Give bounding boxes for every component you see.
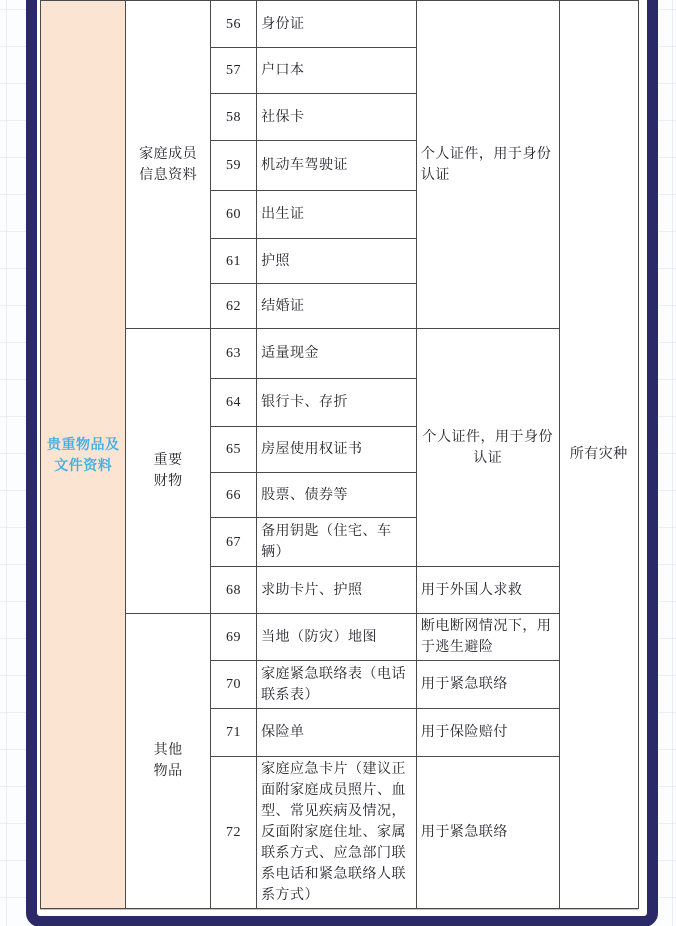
item-number: 61 [210,239,256,284]
item-number: 64 [210,379,256,427]
table-row: 重要 财物 63 适量现金 个人证件，用于身份认证 [41,329,639,379]
item-number: 66 [210,473,256,518]
item-name: 家庭紧急联络表（电话联系表） [257,661,417,709]
item-name: 护照 [257,239,417,284]
item-name: 求助卡片、护照 [257,567,417,614]
item-name: 结婚证 [257,284,417,329]
item-number: 59 [210,141,256,191]
item-name: 股票、债券等 [257,473,417,518]
item-number: 67 [210,518,256,567]
purpose-cell-valuables: 个人证件，用于身份认证 [416,329,559,567]
item-number: 58 [210,94,256,141]
emergency-supplies-table: 贵重物品及文件资料 家庭成员 信息资料 56 身份证 个人证件，用于身份认证 所… [40,0,639,909]
item-name: 家庭应急卡片（建议正面附家庭成员照片、血型、常见疾病及情况，反面附家庭住址、家属… [257,757,417,909]
item-number: 72 [210,757,256,909]
category-cell-other: 其他 物品 [126,614,210,909]
item-number: 71 [210,709,256,757]
item-name: 备用钥匙（住宅、车辆） [257,518,417,567]
item-name: 身份证 [257,1,417,48]
purpose-cell: 用于外国人求救 [416,567,559,614]
item-name: 社保卡 [257,94,417,141]
category-cell-valuables: 重要 财物 [126,329,210,614]
item-number: 65 [210,427,256,473]
item-number: 62 [210,284,256,329]
item-number: 57 [210,48,256,94]
item-name: 保险单 [257,709,417,757]
item-number: 68 [210,567,256,614]
item-name: 出生证 [257,191,417,239]
item-name: 适量现金 [257,329,417,379]
item-name: 银行卡、存折 [257,379,417,427]
item-name: 机动车驾驶证 [257,141,417,191]
category-cell-family-info: 家庭成员 信息资料 [126,1,210,329]
item-number: 60 [210,191,256,239]
item-number: 63 [210,329,256,379]
purpose-cell: 用于保险赔付 [416,709,559,757]
item-name: 当地（防灾）地图 [257,614,417,661]
purpose-cell: 断电断网情况下，用于逃生避险 [416,614,559,661]
table-row: 其他 物品 69 当地（防灾）地图 断电断网情况下，用于逃生避险 [41,614,639,661]
table-row: 贵重物品及文件资料 家庭成员 信息资料 56 身份证 个人证件，用于身份认证 所… [41,1,639,48]
disaster-scope-cell: 所有灾种 [559,1,638,909]
item-number: 69 [210,614,256,661]
purpose-cell-family-info: 个人证件，用于身份认证 [416,1,559,329]
group-label-cell: 贵重物品及文件资料 [41,1,126,909]
purpose-cell: 用于紧急联络 [416,757,559,909]
item-name: 户口本 [257,48,417,94]
purpose-cell: 用于紧急联络 [416,661,559,709]
item-name: 房屋使用权证书 [257,427,417,473]
item-number: 70 [210,661,256,709]
item-number: 56 [210,1,256,48]
